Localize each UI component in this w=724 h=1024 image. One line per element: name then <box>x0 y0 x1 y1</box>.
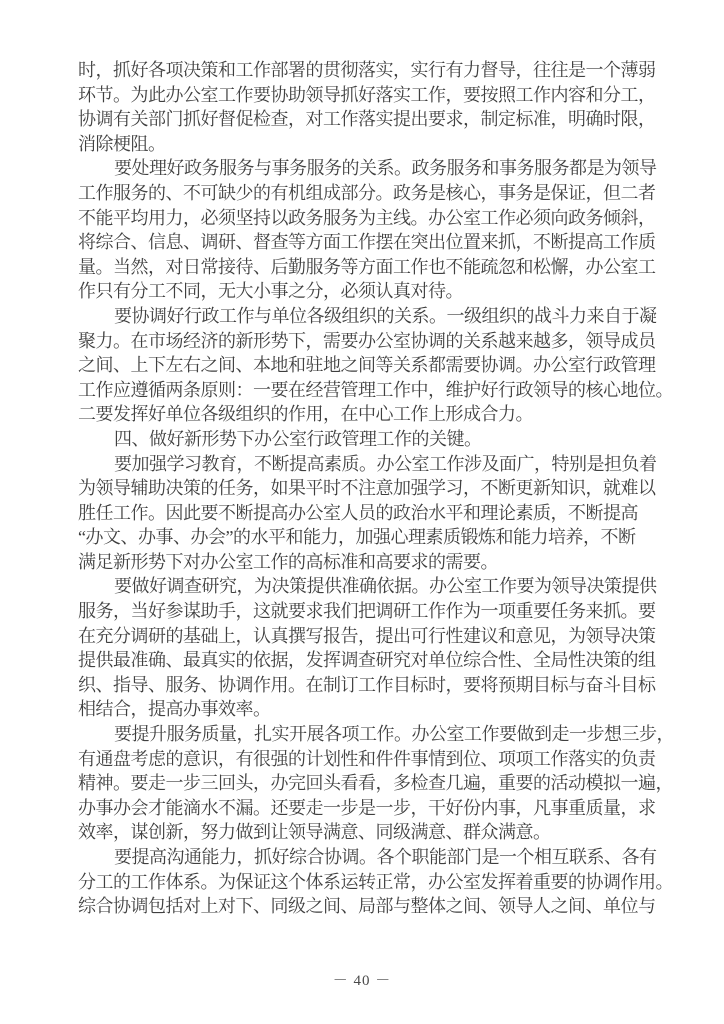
document-body: 时，抓好各项决策和工作部署的贯彻落实，实行有力督导，往往是一个薄弱环节。为此办公… <box>78 58 648 919</box>
paragraph: 要提高沟通能力，抓好综合协调。各个职能部门是一个相互联系、各有分工的工作体系。为… <box>78 845 648 919</box>
paragraph: 要协调好行政工作与单位各级组织的关系。一级组织的战斗力来自于凝聚力。在市场经济的… <box>78 304 648 427</box>
paragraph: 要加强学习教育，不断提高素质。办公室工作涉及面广，特别是担负着为领导辅助决策的任… <box>78 452 648 575</box>
text-line: 工作服务的、不可缺少的有机组成部分。政务是核心，事务是保证，但二者 <box>78 181 648 206</box>
text-line: 协调有关部门抓好督促检查，对工作落实提出要求，制定标准，明确时限， <box>78 107 648 132</box>
paragraph: 四、做好新形势下办公室行政管理工作的关键。 <box>78 427 648 452</box>
text-line: 四、做好新形势下办公室行政管理工作的关键。 <box>78 427 648 452</box>
text-line: 要协调好行政工作与单位各级组织的关系。一级组织的战斗力来自于凝 <box>78 304 648 329</box>
text-line: 满足新形势下对办公室工作的高标准和高要求的需要。 <box>78 550 648 575</box>
text-line: 分工的工作体系。为保证这个体系运转正常，办公室发挥着重要的协调作用。 <box>78 870 648 895</box>
text-line: 织、指导、服务、协调作用。在制订工作目标时，要将预期目标与奋斗目标 <box>78 673 648 698</box>
text-line: 二要发挥好单位各级组织的作用，在中心工作上形成合力。 <box>78 402 648 427</box>
text-line: 量。当然，对日常接待、后勤服务等方面工作也不能疏忽和松懈，办公室工 <box>78 255 648 280</box>
paragraph: 要处理好政务服务与事务服务的关系。政务服务和事务服务都是为领导工作服务的、不可缺… <box>78 156 648 304</box>
text-line: 作只有分工不同，无大小事之分，必须认真对待。 <box>78 279 648 304</box>
document-page: 时，抓好各项决策和工作部署的贯彻落实，实行有力督导，往往是一个薄弱环节。为此办公… <box>0 0 724 1024</box>
text-line: 为领导辅助决策的任务，如果平时不注意加强学习，不断更新知识，就难以 <box>78 476 648 501</box>
text-line: 工作应遵循两条原则：一要在经营管理工作中，维护好行政领导的核心地位。 <box>78 378 648 403</box>
text-line: 环节。为此办公室工作要协助领导抓好落实工作，要按照工作内容和分工， <box>78 83 648 108</box>
text-line: 要提升服务质量，扎实开展各项工作。办公室工作要做到走一步想三步， <box>78 722 648 747</box>
text-line: 时，抓好各项决策和工作部署的贯彻落实，实行有力督导，往往是一个薄弱 <box>78 58 648 83</box>
text-line: “办文、办事、办会”的水平和能力，加强心理素质锻炼和能力培养，不断 <box>78 525 648 550</box>
text-line: 效率，谋创新，努力做到让领导满意、同级满意、群众满意。 <box>78 820 648 845</box>
paragraph: 要做好调查研究，为决策提供准确依据。办公室工作要为领导决策提供服务，当好参谋助手… <box>78 574 648 722</box>
text-line: 聚力。在市场经济的新形势下，需要办公室协调的关系越来越多，领导成员 <box>78 329 648 354</box>
text-line: 要提高沟通能力，抓好综合协调。各个职能部门是一个相互联系、各有 <box>78 845 648 870</box>
text-line: 服务，当好参谋助手，这就要求我们把调研工作作为一项重要任务来抓。要 <box>78 599 648 624</box>
text-line: 精神。要走一步三回头，办完回头看看，多检查几遍，重要的活动模拟一遍， <box>78 771 648 796</box>
text-line: 要加强学习教育，不断提高素质。办公室工作涉及面广，特别是担负着 <box>78 452 648 477</box>
text-line: 在充分调研的基础上，认真撰写报告，提出可行性建议和意见，为领导决策 <box>78 624 648 649</box>
text-line: 之间、上下左右之间、本地和驻地之间等关系都需要协调。办公室行政管理 <box>78 353 648 378</box>
text-line: 不能平均用力，必须坚持以政务服务为主线。办公室工作必须向政务倾斜， <box>78 206 648 231</box>
text-line: 胜任工作。因此要不断提高办公室人员的政治水平和理论素质，不断提高 <box>78 501 648 526</box>
text-line: 提供最准确、最真实的依据，发挥调查研究对单位综合性、全局性决策的组 <box>78 648 648 673</box>
page-number: － 40 － <box>0 969 724 990</box>
text-line: 将综合、信息、调研、督查等方面工作摆在突出位置来抓，不断提高工作质 <box>78 230 648 255</box>
text-line: 消除梗阻。 <box>78 132 648 157</box>
text-line: 有通盘考虑的意识，有很强的计划性和件件事情到位、项项工作落实的负责 <box>78 747 648 772</box>
text-line: 要处理好政务服务与事务服务的关系。政务服务和事务服务都是为领导 <box>78 156 648 181</box>
paragraph: 要提升服务质量，扎实开展各项工作。办公室工作要做到走一步想三步，有通盘考虑的意识… <box>78 722 648 845</box>
text-line: 综合协调包括对上对下、同级之间、局部与整体之间、领导人之间、单位与 <box>78 894 648 919</box>
text-line: 相结合，提高办事效率。 <box>78 697 648 722</box>
paragraph: 时，抓好各项决策和工作部署的贯彻落实，实行有力督导，往往是一个薄弱环节。为此办公… <box>78 58 648 156</box>
text-line: 办事办会才能滴水不漏。还要走一步是一步，干好份内事，凡事重质量，求 <box>78 796 648 821</box>
text-line: 要做好调查研究，为决策提供准确依据。办公室工作要为领导决策提供 <box>78 574 648 599</box>
